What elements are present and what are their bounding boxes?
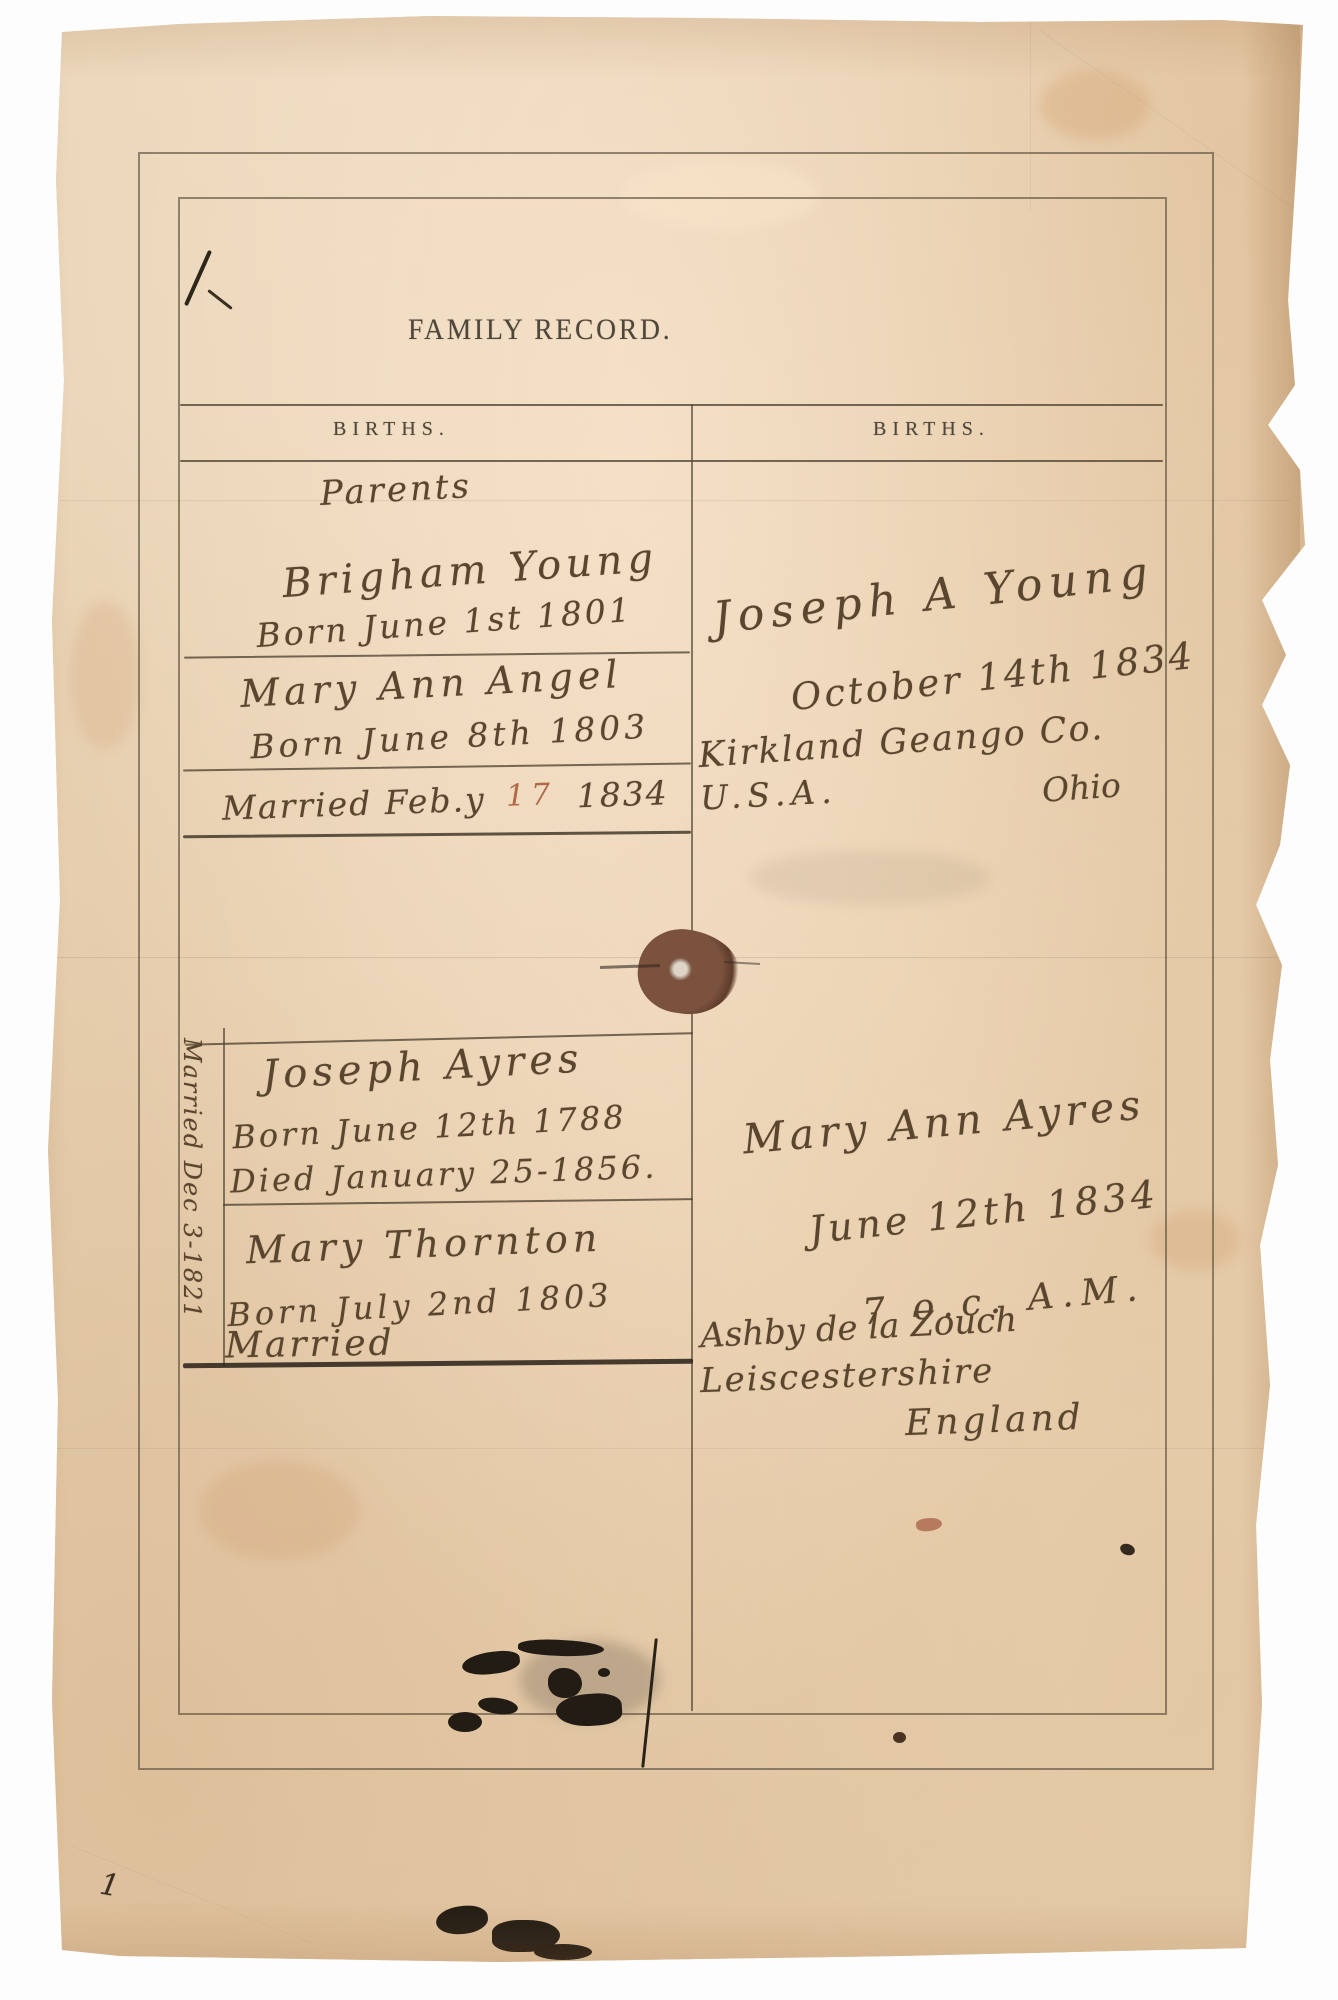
section-margin-line [223,1028,225,1366]
ink-blot [435,1904,489,1936]
child-place-line2: U.S.A. [699,771,838,817]
header-rule-top [180,404,1163,406]
ink-blot [534,1944,592,1960]
ink-blot [598,1668,610,1677]
column-divider [691,404,693,1711]
ink-blot [548,1668,582,1698]
ayres-child-place-line3: England [904,1397,1085,1444]
age-spot [70,600,140,750]
marriage-year: 1834 [576,773,669,815]
parents-label: Parents [319,466,473,514]
torn-edge-shading [1240,20,1300,1950]
ink-dot [893,1732,906,1743]
ink-blot [448,1712,482,1732]
document-title: FAMILY RECORD. [408,313,672,347]
margin-marriage-note: Married Dec 3-1821 [178,1038,206,1320]
aged-paper-sheet: FAMILY RECORD. BIRTHS. BIRTHS. Parents B… [0,0,1338,2000]
births-header-left: BIRTHS. [333,418,450,441]
age-spot [1040,70,1150,140]
ayres-marriage-label: Married [225,1323,395,1367]
marriage-day-inserted: 17 [505,777,556,814]
births-header-right: BIRTHS. [873,418,990,441]
header-rule-bottom [180,460,1163,462]
page-mark: 1 [97,1867,122,1905]
child-place-line3: Ohio [1041,765,1122,809]
